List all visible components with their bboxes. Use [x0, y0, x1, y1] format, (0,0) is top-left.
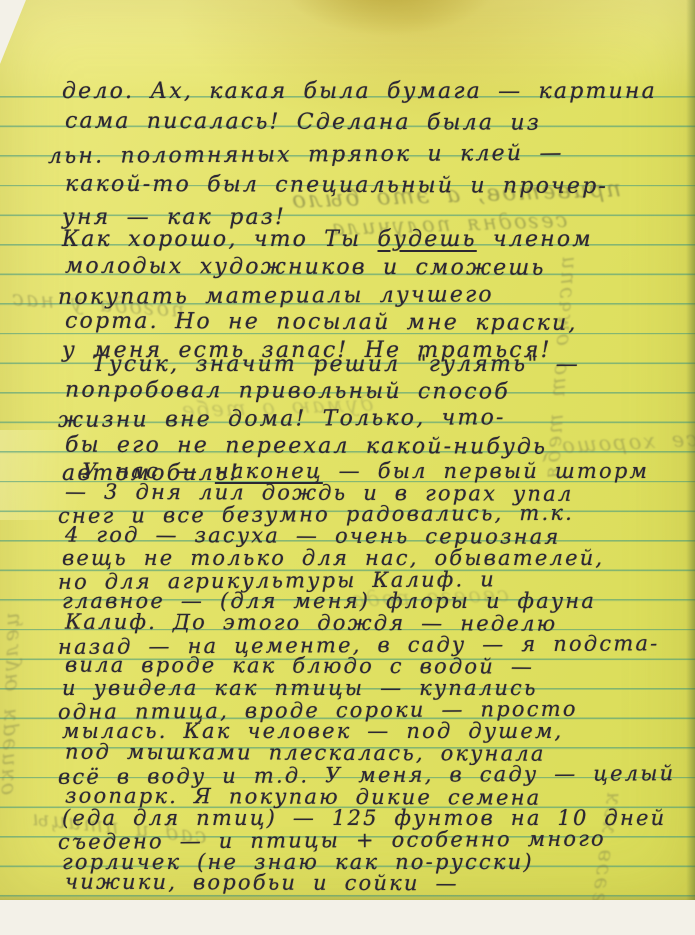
handwritten-line: покупать материалы лучшего — [58, 280, 691, 312]
handwritten-line: жизни вне дома! Только, что- — [58, 403, 691, 434]
handwritten-line: сорта. Но не посылай мне краски, — [65, 308, 695, 339]
handwritten-line: сама писалась! Сделана была из — [65, 106, 695, 140]
page-bottom-edge — [0, 894, 695, 900]
handwritten-line: зоопарк. Я покупаю дикие семена — [65, 785, 695, 809]
paragraph: У нас — наконец — был первый шторм— 3 дн… — [62, 461, 695, 895]
page-right-edge — [686, 0, 695, 900]
handwritten-line: чижики, воробьи и сойки — — [65, 872, 695, 896]
handwritten-line: какой-то был специальный и прочер- — [65, 169, 695, 203]
handwritten-letter: дело. Ах, какая была бумага — картинасам… — [0, 0, 695, 900]
notepad-page: приветов, а это былосегодня получилапись… — [0, 0, 695, 900]
handwritten-line: но для агрикультуры Калиф. и — [58, 568, 691, 594]
handwritten-line: бы его не переехал какой-нибудь — [65, 431, 695, 461]
paragraph: Как хорошо, что Ты будешь членоммолодых … — [62, 226, 695, 365]
handwritten-line: молодых художников и сможешь — [65, 252, 695, 283]
handwritten-line: вещь не только для нас, обывателей, — [62, 548, 695, 570]
paragraph: дело. Ах, какая была бумага — картинасам… — [62, 76, 695, 233]
handwritten-line: дело. Ах, какая была бумага — картина — [62, 76, 695, 107]
handwritten-line: одна птица, вроде сороки — просто — [58, 698, 691, 724]
handwritten-line: съедено — и птицы + особенно много — [58, 828, 691, 854]
handwritten-line: 4 год — засуха — очень сериозная — [65, 525, 695, 549]
handwritten-line: Тусик, значит решил "гулять" — — [62, 351, 695, 378]
handwritten-line: льн. полотняных тряпок и клей — — [48, 137, 691, 172]
handwritten-line: вила вроде как блюдо с водой — — [65, 655, 695, 679]
handwritten-line: и увидела как птицы — купались — [62, 678, 695, 700]
handwritten-line: попробовал привольный способ — [65, 377, 695, 407]
handwritten-line: Как хорошо, что Ты будешь членом — [62, 226, 695, 254]
